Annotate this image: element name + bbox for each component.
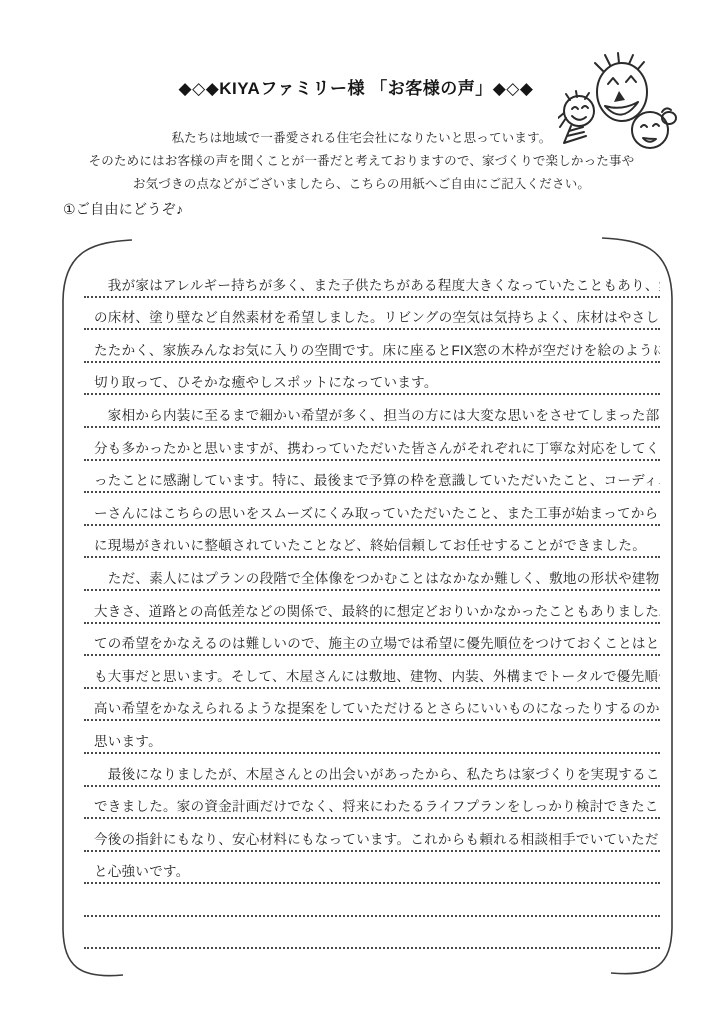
response-line-13: も大事だと思います。そして、木屋さんには敷地、建物、内装、外構までトータルで優先… [84, 656, 660, 689]
response-line-9: に現場がきれいに整頓されていたことなど、終始信頼してお任せすることができました。 [84, 526, 660, 559]
response-line-20 [84, 884, 660, 917]
response-line-11: 大きさ、道路との高低差などの関係で、最終的に想定どおりいかなかったこともありまし… [84, 591, 660, 624]
response-line-18: 今後の指針にもなり、安心材料にもなっています。これからも頼れる相談相手でいていた… [84, 819, 660, 852]
response-line-12: ての希望をかなえるのは難しいので、施主の立場では希望に優先順位をつけておくことは… [84, 624, 660, 657]
response-line-14: 高い希望をかなえられるような提案をしていただけるとさらにいいものになったりするの… [84, 689, 660, 722]
response-line-10: ただ、素人にはプランの段階で全体像をつかむことはなかなか難しく、敷地の形状や建物… [84, 558, 660, 591]
section-label: ①ご自由にどうぞ♪ [63, 199, 183, 219]
response-line-19: と心強いです。 [84, 852, 660, 885]
response-line-17: できました。家の資金計画だけでなく、将来にわたるライフプランをしっかり検討できた… [84, 787, 660, 820]
response-line-8: ーさんにはこちらの思いをスムーズにくみ取っていただいたこと、また工事が始まってか… [84, 493, 660, 526]
response-line-4: 切り取って、ひそかな癒やしスポットになっています。 [84, 363, 660, 396]
response-line-21 [84, 917, 660, 950]
response-line-2: の床材、塗り壁など自然素材を希望しました。リビングの空気は気持ちよく、床材はやさ… [84, 298, 660, 331]
intro-line-1: 私たちは地域で一番愛される住宅会社になりたいと思っています。 [0, 127, 723, 150]
response-box: 我が家はアレルギー持ちが多く、また子供たちがある程度大きくなっていたこともあり、… [59, 236, 675, 984]
response-line-1: 我が家はアレルギー持ちが多く、また子供たちがある程度大きくなっていたこともあり、… [84, 265, 660, 298]
response-line-16: 最後になりましたが、木屋さんとの出会いがあったから、私たちは家づくりを実現するこ… [84, 754, 660, 787]
response-line-15: 思います。 [84, 721, 660, 754]
response-line-6: 分も多かったかと思いますが、携わっていただいた皆さんがそれぞれに丁寧な対応をして… [84, 428, 660, 461]
scanned-feedback-page: ◆◇◆KIYAファミリー様 「お客様の声」◆◇◆ 私たちは地域で一番愛される住宅… [0, 0, 723, 1024]
response-line-5: 家相から内装に至るまで細かい希望が多く、担当の方には大変な思いをさせてしまった部 [84, 395, 660, 428]
response-lines: 我が家はアレルギー持ちが多く、また子供たちがある程度大きくなっていたこともあり、… [84, 265, 660, 949]
response-line-3: たたかく、家族みんなお気に入りの空間です。床に座るとFIX窓の木枠が空だけを絵の… [84, 330, 660, 363]
intro-text: 私たちは地域で一番愛される住宅会社になりたいと思っています。 そのためにはお客様… [0, 127, 723, 196]
intro-line-2: そのためにはお客様の声を聞くことが一番だと考えておりますので、家づくりで楽しかっ… [0, 150, 723, 173]
intro-line-3: お気づきの点などがございましたら、こちらの用紙へご自由にご記入ください。 [0, 173, 723, 196]
response-line-7: ったことに感謝しています。特に、最後まで予算の枠を意識していただいたこと、コーデ… [84, 461, 660, 494]
